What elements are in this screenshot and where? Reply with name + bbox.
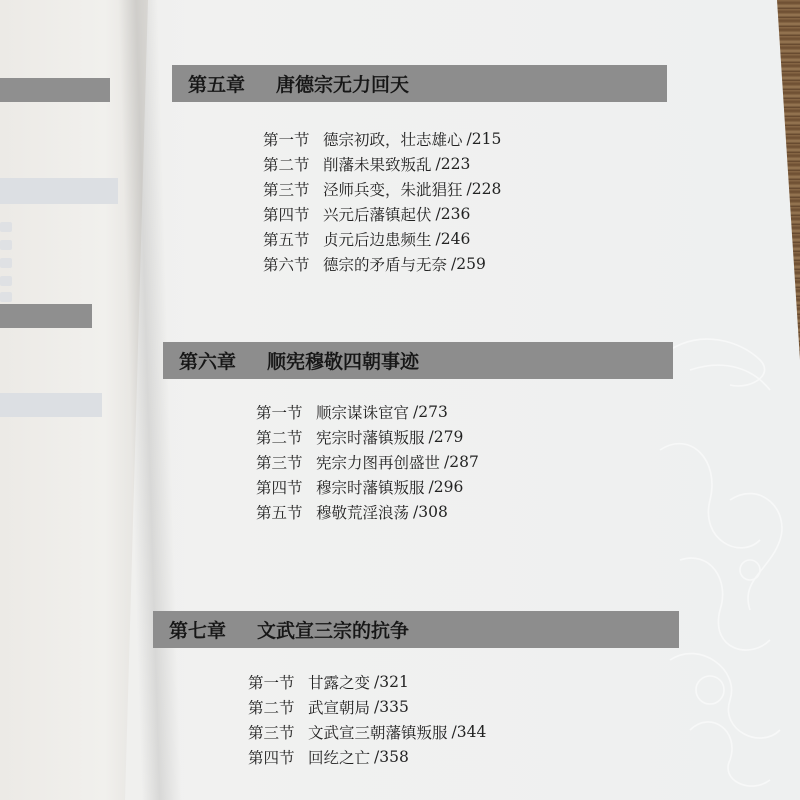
left-page-chapter-bar bbox=[0, 78, 110, 102]
section-number: 第三节 bbox=[248, 721, 308, 743]
toc-entry: 第一节 德宗初政，壮志雄心 /215 bbox=[263, 126, 501, 151]
section-title: 德宗初政，壮志雄心 bbox=[323, 128, 463, 150]
section-number: 第一节 bbox=[256, 401, 316, 423]
section-page: /308 bbox=[413, 503, 448, 521]
left-page-ghost-text bbox=[0, 276, 12, 286]
section-title: 削藩未果致叛乱 bbox=[323, 153, 432, 175]
section-list-chapter-5: 第一节 德宗初政，壮志雄心 /215 第二节 削藩未果致叛乱 /223 第三节 … bbox=[263, 126, 501, 276]
left-page-ghost-text bbox=[0, 240, 12, 250]
section-list-chapter-7: 第一节 甘露之变 /321 第二节 武宣朝局 /335 第三节 文武宣三朝藩镇叛… bbox=[248, 669, 486, 769]
section-title: 顺宗谋诛宦官 bbox=[316, 401, 409, 423]
dragon-illustration-icon bbox=[650, 330, 800, 800]
toc-entry: 第四节 兴元后藩镇起伏 /236 bbox=[263, 201, 501, 226]
section-number: 第二节 bbox=[248, 696, 308, 718]
toc-entry: 第二节 武宣朝局 /335 bbox=[248, 694, 486, 719]
toc-entry: 第一节 顺宗谋诛宦官 /273 bbox=[256, 399, 479, 424]
section-number: 第四节 bbox=[263, 203, 323, 225]
section-number: 第二节 bbox=[263, 153, 323, 175]
section-number: 第六节 bbox=[263, 253, 323, 275]
section-title: 宪宗时藩镇叛服 bbox=[316, 426, 425, 448]
section-number: 第三节 bbox=[263, 178, 323, 200]
chapter-number: 第五章 bbox=[188, 70, 276, 97]
toc-entry: 第五节 穆敬荒淫浪荡 /308 bbox=[256, 499, 479, 524]
section-page: /215 bbox=[467, 130, 502, 148]
chapter-title: 唐德宗无力回天 bbox=[276, 70, 409, 97]
toc-entry: 第五节 贞元后边患频生 /246 bbox=[263, 226, 501, 251]
section-list-chapter-6: 第一节 顺宗谋诛宦官 /273 第二节 宪宗时藩镇叛服 /279 第三节 宪宗力… bbox=[256, 399, 479, 524]
toc-entry: 第四节 回纥之亡 /358 bbox=[248, 744, 486, 769]
toc-entry: 第三节 宪宗力图再创盛世 /287 bbox=[256, 449, 479, 474]
section-title: 穆宗时藩镇叛服 bbox=[316, 476, 425, 498]
section-title: 穆敬荒淫浪荡 bbox=[316, 501, 409, 523]
toc-entry: 第三节 泾师兵变，朱泚猖狂 /228 bbox=[263, 176, 501, 201]
chapter-title: 顺宪穆敬四朝事迹 bbox=[267, 347, 419, 374]
chapter-heading-7: 第七章 文武宣三宗的抗争 bbox=[153, 611, 679, 648]
section-number: 第五节 bbox=[263, 228, 323, 250]
chapter-heading-6: 第六章 顺宪穆敬四朝事迹 bbox=[163, 342, 673, 379]
section-page: /296 bbox=[429, 478, 464, 496]
left-page-ghost-text bbox=[0, 222, 12, 232]
section-number: 第五节 bbox=[256, 501, 316, 523]
section-page: /287 bbox=[444, 453, 479, 471]
section-number: 第四节 bbox=[256, 476, 316, 498]
toc-entry: 第一节 甘露之变 /321 bbox=[248, 669, 486, 694]
chapter-number: 第六章 bbox=[179, 347, 267, 374]
section-title: 贞元后边患频生 bbox=[323, 228, 432, 250]
section-number: 第三节 bbox=[256, 451, 316, 473]
toc-entry: 第二节 宪宗时藩镇叛服 /279 bbox=[256, 424, 479, 449]
section-page: /321 bbox=[374, 673, 409, 691]
toc-entry: 第三节 文武宣三朝藩镇叛服 /344 bbox=[248, 719, 486, 744]
toc-entry: 第二节 削藩未果致叛乱 /223 bbox=[263, 151, 501, 176]
toc-entry: 第六节 德宗的矛盾与无奈 /259 bbox=[263, 251, 501, 276]
chapter-heading-5: 第五章 唐德宗无力回天 bbox=[172, 65, 667, 102]
section-page: /335 bbox=[374, 698, 409, 716]
left-page-chapter-bar bbox=[0, 304, 92, 328]
left-page-faint-bar bbox=[0, 393, 102, 417]
chapter-number: 第七章 bbox=[169, 616, 257, 643]
section-title: 泾师兵变，朱泚猖狂 bbox=[323, 178, 463, 200]
section-title: 甘露之变 bbox=[308, 671, 370, 693]
section-number: 第一节 bbox=[248, 671, 308, 693]
section-title: 兴元后藩镇起伏 bbox=[323, 203, 432, 225]
section-page: /223 bbox=[436, 155, 471, 173]
chapter-title: 文武宣三宗的抗争 bbox=[257, 616, 409, 643]
section-title: 武宣朝局 bbox=[308, 696, 370, 718]
section-title: 德宗的矛盾与无奈 bbox=[323, 253, 447, 275]
section-title: 回纥之亡 bbox=[308, 746, 370, 768]
section-title: 宪宗力图再创盛世 bbox=[316, 451, 440, 473]
section-page: /279 bbox=[429, 428, 464, 446]
section-number: 第一节 bbox=[263, 128, 323, 150]
section-title: 文武宣三朝藩镇叛服 bbox=[308, 721, 448, 743]
section-page: /344 bbox=[452, 723, 487, 741]
section-page: /273 bbox=[413, 403, 448, 421]
left-page-ghost-text bbox=[0, 258, 12, 268]
toc-entry: 第四节 穆宗时藩镇叛服 /296 bbox=[256, 474, 479, 499]
left-page-ghost-text bbox=[0, 292, 12, 302]
section-page: /259 bbox=[451, 255, 486, 273]
section-page: /246 bbox=[436, 230, 471, 248]
section-number: 第四节 bbox=[248, 746, 308, 768]
section-page: /358 bbox=[374, 748, 409, 766]
section-page: /236 bbox=[436, 205, 471, 223]
section-page: /228 bbox=[467, 180, 502, 198]
left-page-faint-bar bbox=[0, 178, 118, 204]
section-number: 第二节 bbox=[256, 426, 316, 448]
